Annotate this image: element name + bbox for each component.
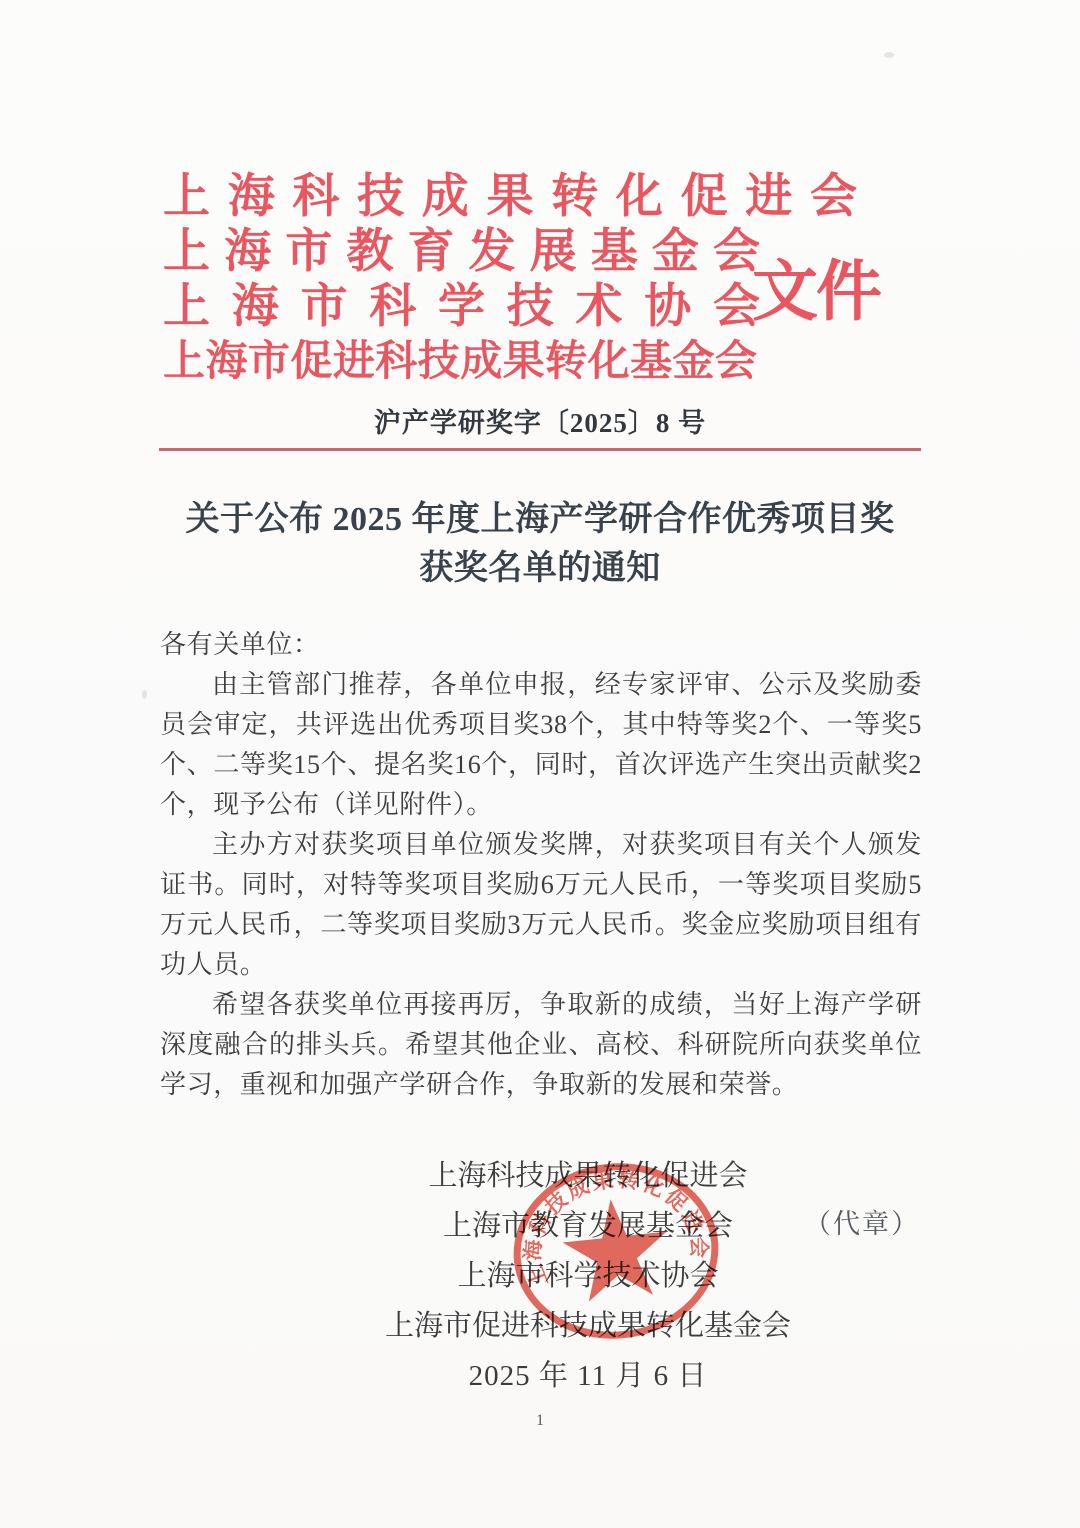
doc-title-line-2: 获奖名单的通知 (0, 544, 1080, 593)
document-page: 上海科技成果转化促进会 上海市教育发展基金会 上海市科学技术协会 上海市促进科技… (0, 0, 1080, 1528)
doc-title-line-1: 关于公布 2025 年度上海产学研合作优秀项目奖 (0, 495, 1080, 544)
red-rule (159, 448, 921, 451)
scan-smudge (884, 52, 894, 58)
letterhead: 上海科技成果转化促进会 上海市教育发展基金会 上海市科学技术协会 上海市促进科技… (0, 0, 1080, 389)
salutation: 各有关单位： (160, 625, 922, 665)
signature-org-4: 上海市促进科技成果转化基金会 (48, 1301, 1080, 1351)
doc-number: 沪产学研奖字〔2025〕8 号 (0, 401, 1080, 440)
signature-date: 2025 年 11 月 6 日 (48, 1351, 1080, 1401)
scan-smudge (142, 690, 147, 699)
doc-title: 关于公布 2025 年度上海产学研合作优秀项目奖 获奖名单的通知 (0, 495, 1080, 593)
paragraph-1: 由主管部门推荐，各单位申报，经专家评审、公示及奖励委员会审定，共评选出优秀项目奖… (160, 665, 922, 825)
file-label: 文件 (752, 238, 880, 333)
document-body: 各有关单位： 由主管部门推荐，各单位申报，经专家评审、公示及奖励委员会审定，共评… (0, 625, 1080, 1105)
signature-block: 上海科技成果转化促进会 上海市教育发展基金会 上海市科学技术协会 上海市促进科技… (48, 1151, 1080, 1401)
page-number: 1 (0, 1412, 1080, 1430)
letterhead-org-3: 上海市科学技术协会 (163, 278, 760, 333)
signature-org-2: 上海市教育发展基金会 (48, 1201, 1080, 1251)
paragraph-2: 主办方对获奖项目单位颁发奖牌，对获奖项目有关个人颁发证书。同时，对特等奖项目奖励… (160, 825, 922, 985)
letterhead-org-1: 上海科技成果转化促进会 (163, 168, 857, 223)
letterhead-org-4: 上海市促进科技成果转化基金会 (163, 333, 757, 389)
letterhead-org-2: 上海市教育发展基金会 (163, 223, 760, 278)
signature-org-1: 上海科技成果转化促进会 (48, 1151, 1080, 1201)
paragraph-3: 希望各获奖单位再接再厉，争取新的成绩，当好上海产学研深度融合的排头兵。希望其他企… (160, 985, 922, 1105)
seal-note: （代章） (804, 1202, 920, 1241)
signature-org-3: 上海市科学技术协会 (48, 1251, 1080, 1301)
